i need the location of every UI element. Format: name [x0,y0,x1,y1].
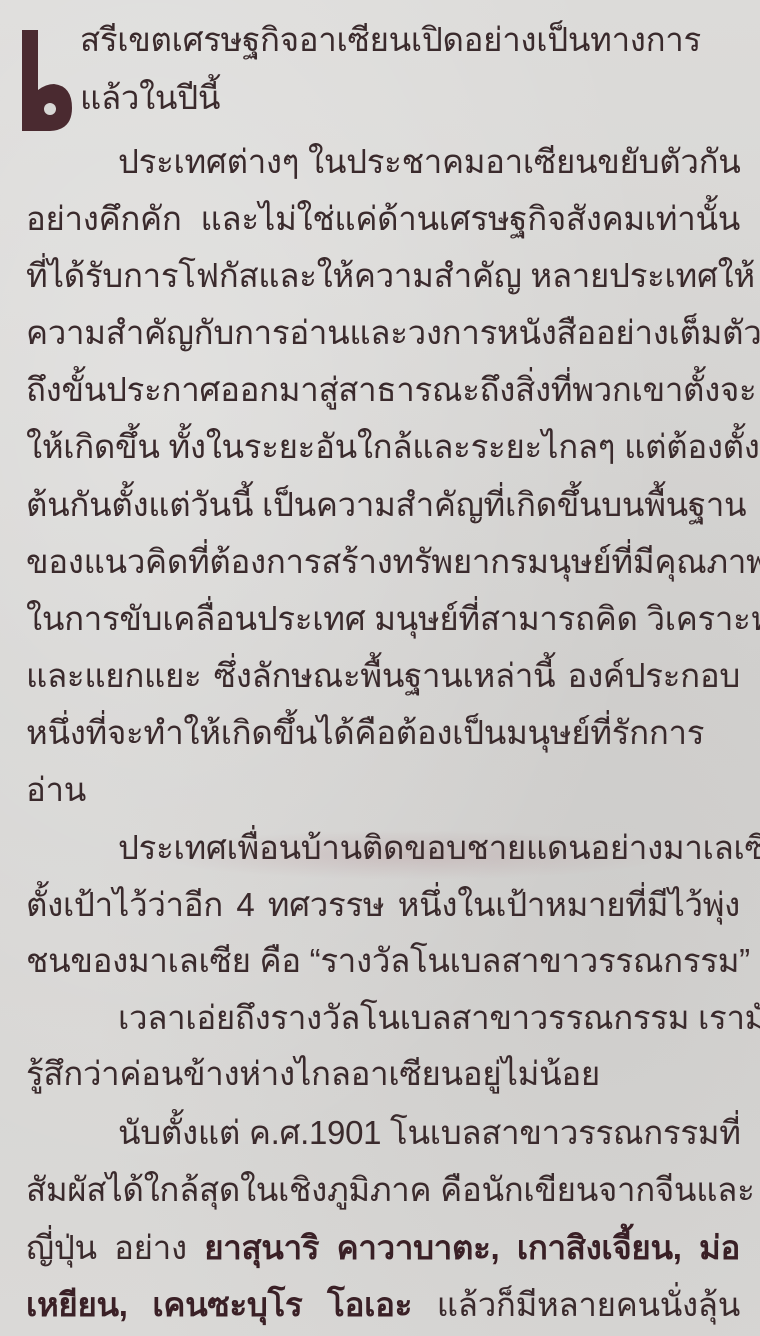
article-line: ต้นกันตั้งแต่วันนี้ เป็นความสำคัญที่เกิด… [26,485,740,525]
line-text: แล้วก็มีหลายคนนั่งลุ้น [412,1286,740,1323]
article-line: ญี่ปุ่น อย่าง ยาสุนาริ คาวาบาตะ, เกาสิงเ… [26,1228,740,1268]
drop-cap-glyph-icon [20,30,74,132]
article-line: ความสำคัญกับการอ่านและวงการหนังสืออย่างเ… [26,313,740,353]
article-line: ให้เกิดขึ้น ทั้งในระยะอันใกล้และระยะไกลๆ… [26,427,740,467]
article-line: ของแนวคิดที่ต้องการสร้างทรัพยากรมนุษย์ที… [26,542,740,582]
article-line: สัมผัสได้ใกล้สุดในเชิงภูมิภาค คือนักเขีย… [26,1170,740,1210]
author-names-bold: เหยียน, เคนซะบุโร โอเอะ [26,1286,412,1323]
article-line: อ่าน [26,770,740,810]
drop-cap [20,30,74,132]
article-line: ชนของมาเลเซีย คือ “รางวัลโนเบลสาขาวรรณกร… [26,941,740,981]
article-line: อย่างคึกคัก และไม่ใช่แค่ด้านเศรษฐกิจสังค… [26,199,740,239]
article-line: ที่ได้รับการโฟกัสและให้ความสำคัญ หลายประ… [26,256,740,296]
paragraph-start: ประเทศเพื่อนบ้านติดขอบชายแดนอย่างมาเลเซี… [118,828,740,868]
article-line: สรีเขตเศรษฐกิจอาเซียนเปิดอย่างเป็นทางการ [80,20,740,60]
article-line: และแยกแยะ ซึ่งลักษณะพื้นฐานเหล่านี้ องค์… [26,656,740,696]
paragraph-start: ประเทศต่างๆ ในประชาคมอาเซียนขยับตัวกัน [118,142,740,182]
line-text: ญี่ปุ่น อย่าง [26,1229,204,1266]
article-line: รู้สึกว่าค่อนข้างห่างไกลอาเซียนอยู่ไม่น้… [26,1054,740,1094]
paragraph-start: นับตั้งแต่ ค.ศ.1901 โนเบลสาขาวรรณกรรมที่ [118,1113,740,1153]
article-line: เหยียน, เคนซะบุโร โอเอะ แล้วก็มีหลายคนนั… [26,1285,740,1325]
author-names-bold: ยาสุนาริ คาวาบาตะ, เกาสิงเจี้ยน, ม่อ [204,1229,740,1266]
article-line: ในการขับเคลื่อนประเทศ มนุษย์ที่สามารถคิด… [26,599,740,639]
article-line: แล้วในปีนี้ [80,78,740,118]
article-line: หนึ่งที่จะทำให้เกิดขึ้นได้คือต้องเป็นมนุ… [26,713,740,753]
article-line: ถึงขั้นประกาศออกมาสู่สาธารณะถึงสิ่งที่พว… [26,370,740,410]
article-line: ตั้งเป้าไว้ว่าอีก 4 ทศวรรษ หนึ่งในเป้าหม… [26,885,740,925]
paragraph-start: เวลาเอ่ยถึงรางวัลโนเบลสาขาวรรณกรรม เรามั… [118,998,740,1038]
